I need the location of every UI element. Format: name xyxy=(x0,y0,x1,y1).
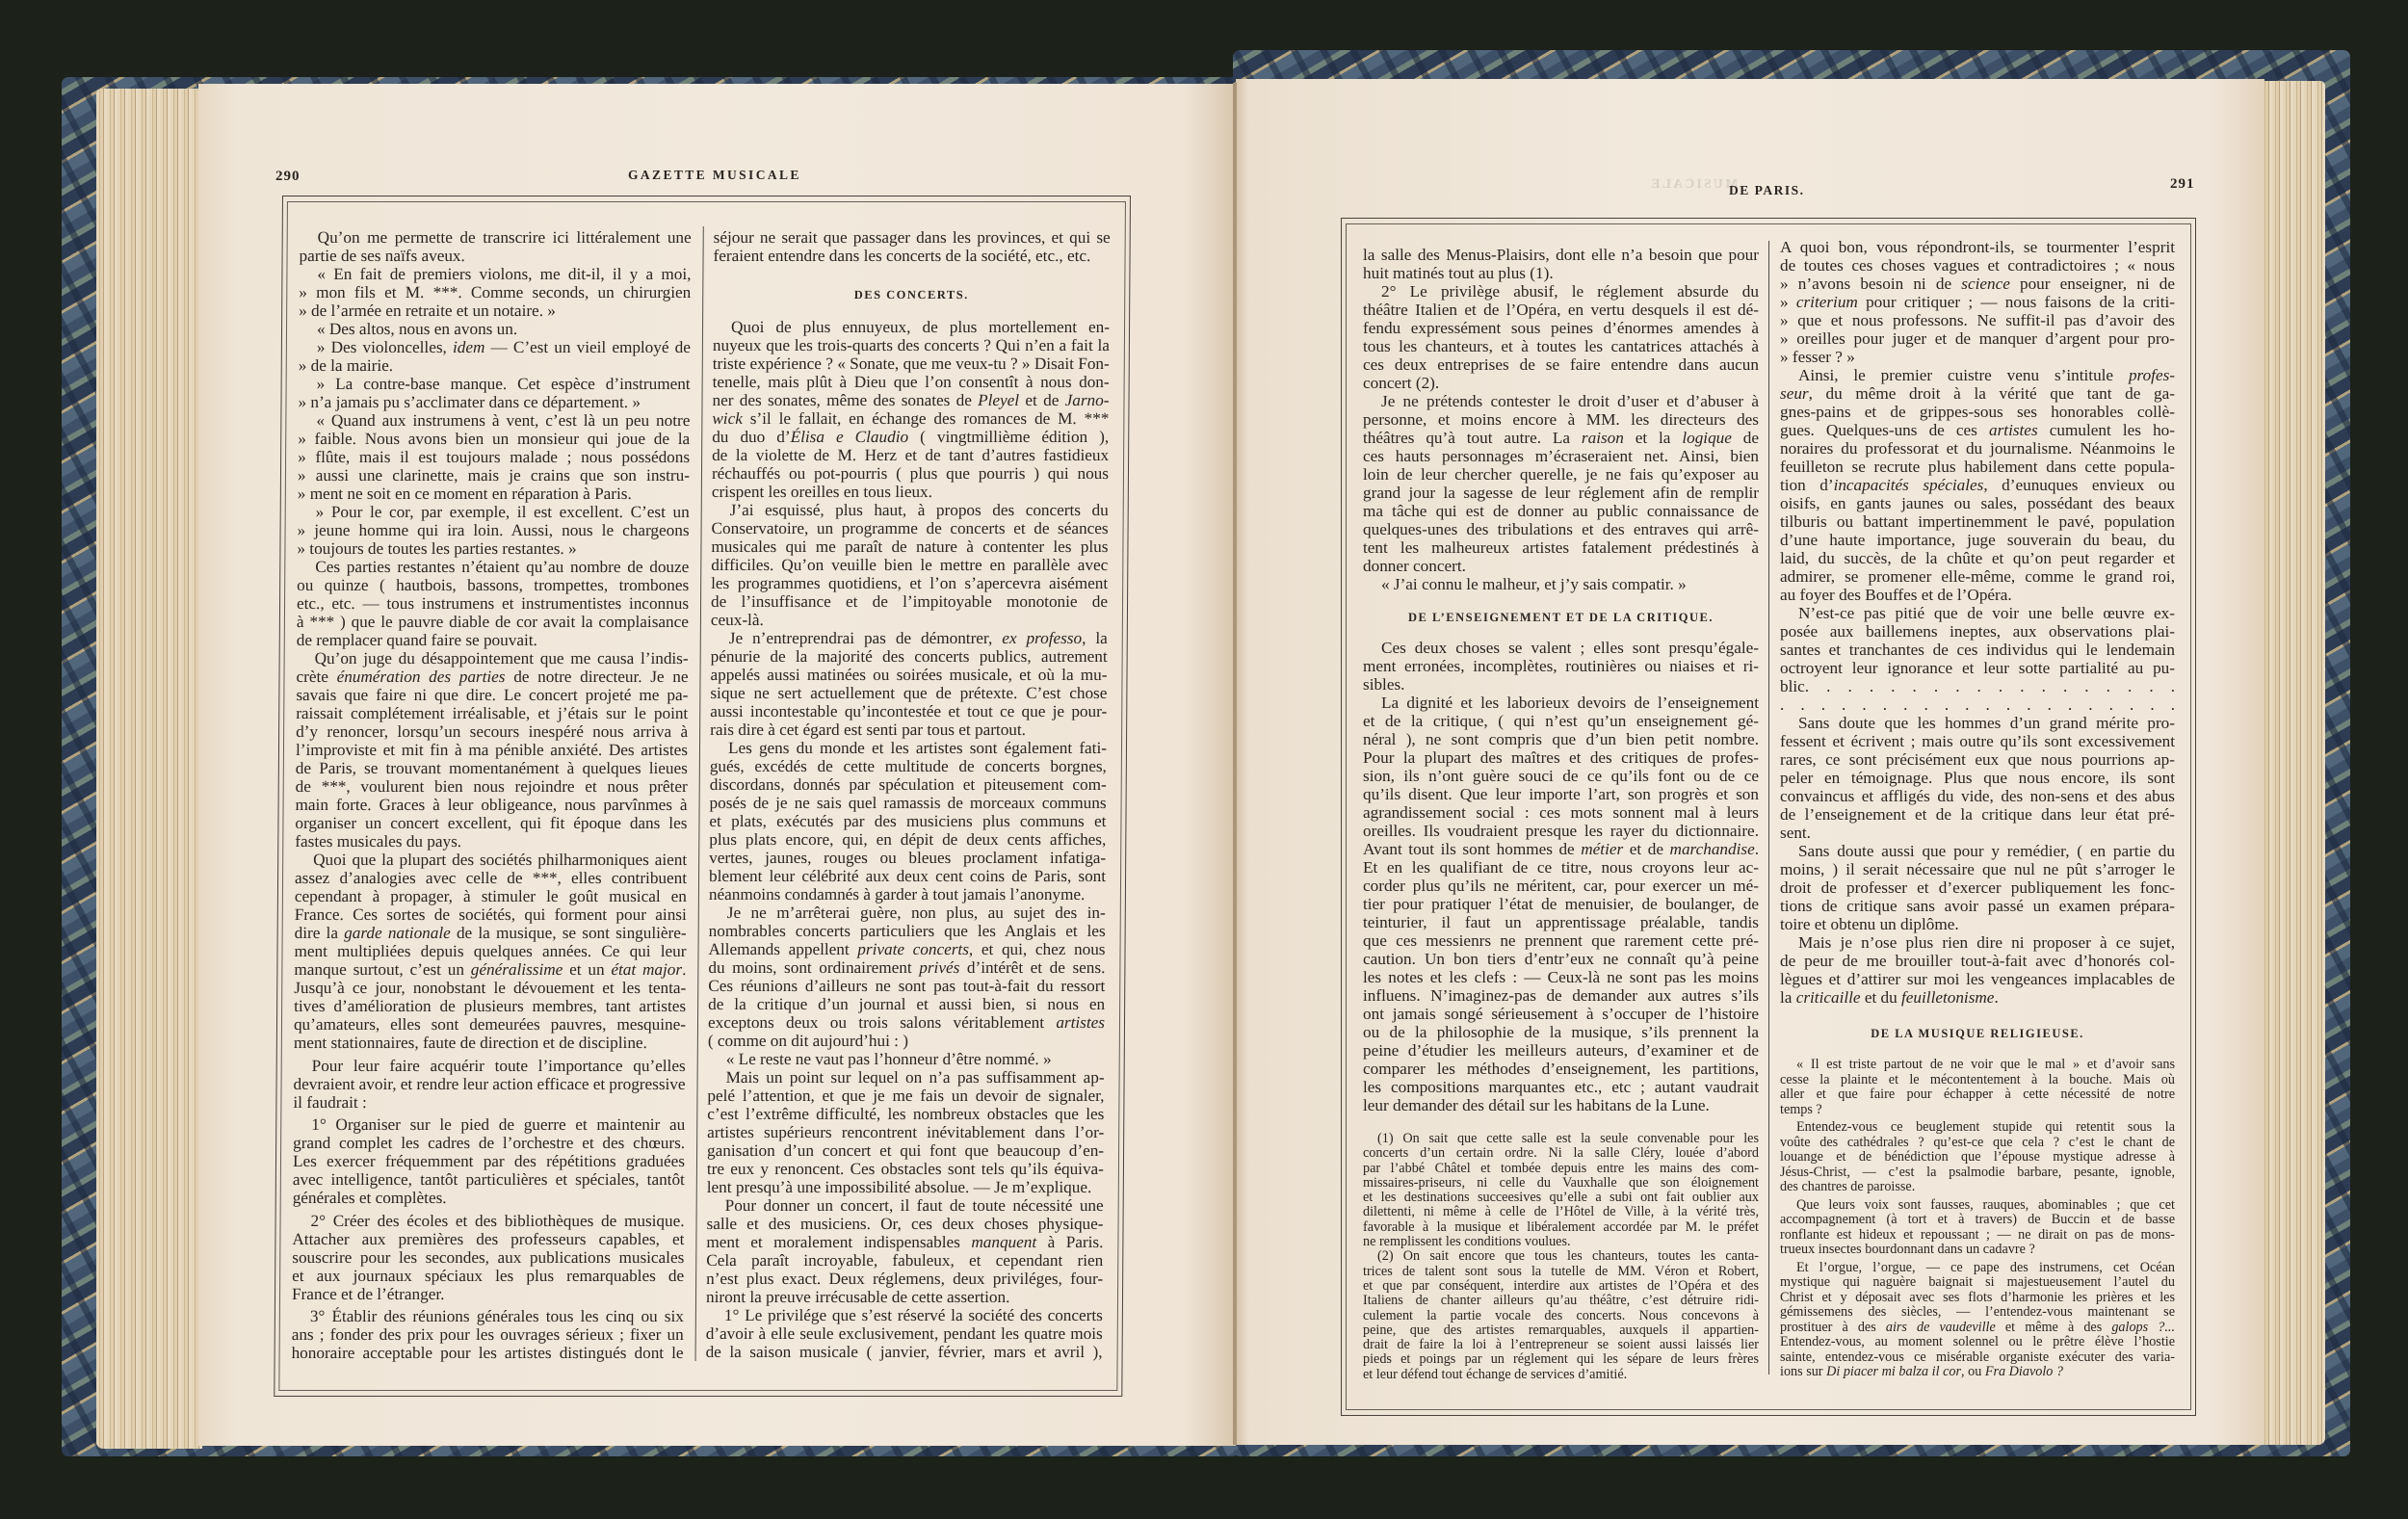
text-line: générales et complètes. xyxy=(293,1189,685,1207)
text-run: dire la xyxy=(295,924,345,942)
text-line: La dignité et les laborieux devoirs de l… xyxy=(1363,694,1759,712)
text-line: Pour leur faire acquérir toute l’importa… xyxy=(294,1057,686,1075)
text-line: main forte. Graces à leur obligeance, no… xyxy=(296,796,688,814)
text-line: nombrables concerts particuliers que les… xyxy=(709,922,1106,940)
text-line: prostituer à des airs de vaudeville et m… xyxy=(1780,1321,2175,1336)
footnotes: (1) On sait que cette salle est la seule… xyxy=(1363,1132,1759,1382)
text-run: pour enseigner, ni de xyxy=(2010,275,2175,293)
italic-text-run: private concerts xyxy=(857,940,969,958)
text-run: la xyxy=(1780,988,1796,1007)
footnote-line: trices de talent sont sous la tutelle de… xyxy=(1363,1265,1759,1279)
text-line: personne, et moins encore à MM. les dire… xyxy=(1363,410,1759,429)
show-through-text: MUSICALE xyxy=(1649,176,1738,192)
text-line: Ces réunions d’ailleurs ne sont pas tout… xyxy=(708,977,1105,995)
text-run: à Paris. xyxy=(1036,1233,1103,1251)
text-run: Avant tout ils sont hommes de xyxy=(1363,840,1581,858)
text-line: » faible. Nous avons bien un monsieur qu… xyxy=(298,430,690,448)
text-line: sibles. xyxy=(1363,675,1759,694)
italic-text-run: galops ?... xyxy=(2111,1320,2175,1335)
text-line: leur demander des détail sur les habitan… xyxy=(1363,1096,1759,1114)
text-run: — C’est un vieil employé de xyxy=(484,338,691,356)
text-line: ma tâche qui est de donner au public con… xyxy=(1363,502,1759,520)
text-run: Allemands appellent xyxy=(708,940,857,958)
text-line: triste expérience ? « Sonate, que me veu… xyxy=(713,354,1110,373)
text-line: ment multipliées depuis quelques années.… xyxy=(294,942,686,960)
section-heading: DE LA MUSIQUE RELIGIEUSE. xyxy=(1780,1007,2175,1058)
text-line: fendu expressément sous peines d’énormes… xyxy=(1363,319,1759,337)
text-line: Les exercer fréquemment par des répétiti… xyxy=(293,1152,685,1170)
text-line: raissait complétement irréalisable, et j… xyxy=(296,704,688,722)
text-line: avec intelligence, tantôt particulières … xyxy=(293,1170,685,1189)
text-line: ( comme on dit aujourd’hui : ) xyxy=(708,1032,1105,1050)
text-line: Les gens du monde et les artistes sont é… xyxy=(710,739,1107,757)
text-line: feuilleton se recrute plus habilement da… xyxy=(1780,458,2175,476)
text-line: de l’insuffisance et de l’impitoyable mo… xyxy=(711,592,1108,611)
text-line: la criticaille et du feuilletonisme. xyxy=(1780,988,2175,1007)
italic-text-run: Di piacer mi balza il cor xyxy=(1826,1364,1961,1379)
text-line: Entendez-vous ce beuglement stupide qui … xyxy=(1780,1120,2175,1136)
italic-text-run: privés xyxy=(919,958,959,977)
text-line: Jésus-Christ, — c’est la psalmodie barba… xyxy=(1780,1165,2175,1181)
italic-text-run: Jarno- xyxy=(1065,391,1110,409)
text-line: pelé l’attention, et que je me fais un d… xyxy=(707,1087,1104,1105)
text-line: trueux insectes bourdonnant dans un cada… xyxy=(1780,1243,2175,1258)
text-line: d’une haute importance, juge souverain d… xyxy=(1780,531,2175,549)
text-line: peine d’étudier les meilleurs auteurs, d… xyxy=(1363,1041,1759,1060)
text-line: tre eux y renoncent. Ces obstacles sont … xyxy=(707,1160,1104,1178)
text-line: lègues et d’attirer sur moi les vengeanc… xyxy=(1780,970,2175,988)
italic-text-run: seur xyxy=(1780,384,1809,403)
text-line: ceux-là. xyxy=(711,611,1108,629)
text-run: crète xyxy=(296,668,336,686)
text-line: ont jamais songé sérieusement à s’occupe… xyxy=(1363,1005,1759,1023)
text-line: mystique qui naguère baignait si majestu… xyxy=(1780,1275,2175,1291)
text-run: et un xyxy=(563,960,611,979)
text-run: Je n’entreprendrai pas de démontrer, xyxy=(729,629,1003,647)
text-line: tilburis ou battant impertinemment le pa… xyxy=(1780,512,2175,531)
text-line: » jeune homme qui ira loin. Aussi, nous … xyxy=(298,521,690,539)
text-line: partie de ses naïfs aveux. xyxy=(299,247,691,265)
text-line: Pour donner un concert, il faut de toute… xyxy=(707,1196,1104,1215)
text-line: « Des altos, nous en avons un. xyxy=(299,320,691,338)
text-line: » que et nous professons. Ne suffit-il p… xyxy=(1780,311,2175,329)
footnote-line: (2) On sait encore que tous les chanteur… xyxy=(1363,1249,1759,1264)
text-line: Qu’on juge du désappointement que me cau… xyxy=(297,649,689,668)
italic-text-run: artistes xyxy=(1056,1013,1105,1032)
text-run: . xyxy=(1994,988,1998,1007)
text-line: ganisation d’un concert et qui font que … xyxy=(707,1141,1104,1160)
text-line: Je n’entreprendrai pas de démontrer, ex … xyxy=(711,629,1108,647)
page-edges-left xyxy=(96,89,202,1449)
text-line: tions de critique sans avoir passé un ex… xyxy=(1780,897,2175,915)
text-line: 2° Créer des écoles et des bibliothèques… xyxy=(293,1212,685,1230)
text-line: de remplacer quand faire se pouvait. xyxy=(297,631,689,649)
footnote-line: pieds et poings par un réglement qui les… xyxy=(1363,1352,1759,1367)
text-line: de peur de me br​ouiller tout-à-fait ave… xyxy=(1780,952,2175,970)
text-line: oisifs, en gants jaunes ou sales, posséd… xyxy=(1780,494,2175,512)
text-frame-right: la salle des Menus-Plaisirs, dont elle n… xyxy=(1341,218,2196,1416)
text-line: » n’avons besoin ni de science pour ense… xyxy=(1780,275,2175,293)
text-line: les programmes quotidiens, et l’on s’ape… xyxy=(711,574,1108,592)
page-number: 291 xyxy=(2170,176,2195,192)
text-line: « En fait de premiers violons, me dit-il… xyxy=(299,265,691,283)
text-line: de la saison musicale ( janvier, février… xyxy=(706,1343,1103,1361)
text-line: » ment ne soit en ce moment en réparatio… xyxy=(298,485,690,503)
text-line: « Le reste ne vaut pas l’honneur d’être … xyxy=(708,1050,1105,1068)
religious-music-section: « Il est triste partout de ne voir que l… xyxy=(1780,1058,2175,1380)
text-line: ces hauts personnages m’écraseraient net… xyxy=(1363,447,1759,465)
text-line: d’avoir à elle seule exclusivement, pend… xyxy=(706,1324,1103,1343)
text-line: ans ; fonder des prix pour les ouvrages … xyxy=(292,1325,684,1344)
running-head: DE PARIS. xyxy=(1729,183,1805,198)
text-line: France. Ces sortes de sociétés, qui form… xyxy=(295,905,687,924)
text-line: fessent et écrivent ; mais outre qu’ils … xyxy=(1780,732,2175,750)
footnote-line: missaires-priseurs, ni celle du Vauxhall… xyxy=(1363,1176,1759,1191)
text-line: admirer, se promener elle-même, comme le… xyxy=(1780,567,2175,586)
text-line: assez d’analogies avec celle de ***, ell… xyxy=(295,869,687,887)
text-line: dire la garde nationale de la musique, s… xyxy=(295,924,687,942)
footnote-line: dilettenti, ni même à celle de l’Hôtel d… xyxy=(1363,1205,1759,1219)
footnote-line: peine, que des artistes remarquables, au… xyxy=(1363,1323,1759,1338)
text-line: gémissemens des siècles, — l’entendez-vo… xyxy=(1780,1305,2175,1321)
text-line: au foyer des Bouffes et de l’Opéra. xyxy=(1780,586,2175,604)
ellipsis-dots-line: . . . . . . . . . . . . . . . . . . . . xyxy=(1780,695,2175,714)
text-line: huit matinés tout au plus (1). xyxy=(1363,264,1759,282)
text-run: et de xyxy=(1623,840,1669,858)
text-line: la salle des Menus-Plaisirs, dont elle n… xyxy=(1363,246,1759,264)
text-line: plus plats encore, qui, en dépit de deux… xyxy=(709,830,1106,849)
text-line: ment erronées, incomplètes, routinières … xyxy=(1363,657,1759,675)
text-line: devraient avoir, et rendre leur action e… xyxy=(293,1075,685,1093)
text-line: les notes et les clefs : — Ceux-là ne so… xyxy=(1363,968,1759,986)
text-run: du duo d’ xyxy=(712,428,791,446)
text-line: de ***, voulurent bien nous rejoindre et… xyxy=(296,777,688,796)
section-heading: DES CONCERTS. xyxy=(713,265,1110,318)
text-line: tous les chanteurs, et à toutes les cant… xyxy=(1363,337,1759,355)
footnote-line: et que par conséquent, interdire aux art… xyxy=(1363,1279,1759,1294)
text-line: Pour la plupart des maîtres et des criti… xyxy=(1363,748,1759,767)
text-line: ment stationnaires, faute de direction e… xyxy=(294,1034,686,1052)
text-line: accompagnement (à tort et à travers) de … xyxy=(1780,1213,2175,1228)
text-line: gues. Quelques-uns de ces artistes cumul… xyxy=(1780,421,2175,439)
text-line: » criterium pour critiquer ; — nous fais… xyxy=(1780,293,2175,311)
text-run: exceptons deux ou trois salons véritable… xyxy=(708,1013,1057,1032)
text-run: manque surtout, c’est un xyxy=(294,960,471,979)
text-line: aller et que faire pour échapper à cette… xyxy=(1780,1087,2175,1103)
text-line: seur, du même droit à la vérité que tant… xyxy=(1780,384,2175,403)
text-line: Entendez-vous, au moment solennel ou le … xyxy=(1780,1335,2175,1350)
text-line: crète énumération des parties de notre d… xyxy=(296,668,688,686)
text-line: Cela paraît incroyable, fabuleux, et cep… xyxy=(706,1251,1103,1270)
text-line: laid, du succès, de la chûte et qu’on pe… xyxy=(1780,549,2175,567)
text-line: A quoi bon, vous répondront-ils, se tour… xyxy=(1780,238,2175,256)
text-line: niront la preuve irrécusable de cette as… xyxy=(706,1288,1103,1306)
text-line: manque surtout, c’est un généralissime e… xyxy=(294,960,686,979)
text-line: » n’a jamais pu s’acclimater dans ce dép… xyxy=(298,393,690,411)
text-line: 1° Le privilége que s’est réservé la soc… xyxy=(706,1306,1103,1324)
text-line: il faudrait : xyxy=(293,1093,685,1112)
text-line: gnes-pains et de grippes-sous ses honora… xyxy=(1780,403,2175,421)
text-line: discordans, donnés par spéculation et pi… xyxy=(710,775,1107,794)
text-column-1: la salle des Menus-Plaisirs, dont elle n… xyxy=(1363,246,1759,1382)
text-line: temps ? xyxy=(1780,1103,2175,1118)
text-line: Quoi de plus ennuyeux, de plus mortellem… xyxy=(713,318,1110,336)
text-column-2: séjour ne serait que passager dans les p… xyxy=(706,228,1111,1361)
text-line: N’est-ce pas pitié que de voir une belle… xyxy=(1780,604,2175,622)
text-line: Que leurs voix sont fausses, rauques, ab… xyxy=(1780,1198,2175,1214)
section-heading: DE L’ENSEIGNEMENT ET DE LA CRITIQUE. xyxy=(1363,593,1759,639)
text-line: France et de l’étranger. xyxy=(292,1285,684,1303)
text-run: et la xyxy=(1624,429,1682,447)
text-line: organiser un concert excellent, qui fit … xyxy=(295,814,687,832)
text-run: Ainsi, le premier cuistre venu s’intitul… xyxy=(1798,366,2129,384)
text-frame-left: Qu’on me permette de transcrire ici litt… xyxy=(274,196,1131,1397)
text-run: » n’avons besoin ni de xyxy=(1780,275,1961,293)
text-run: d’intérêt et de sens. xyxy=(959,958,1105,977)
footnote-line: ne remplissent les conditions voulues. xyxy=(1363,1235,1759,1249)
text-line: Ainsi, le premier cuistre venu s’intitul… xyxy=(1780,366,2175,384)
text-line: grand complet les cadres de l’orchestre … xyxy=(293,1134,685,1152)
text-line: Et l’orgue, l’orgue, — ce pape des instr… xyxy=(1780,1261,2175,1276)
text-line: donner concert. xyxy=(1363,557,1759,575)
text-line: tenelle, mais plût à Dieu que l’on conse… xyxy=(713,373,1110,391)
italic-text-run: idem xyxy=(453,338,485,356)
text-line: ronflante est hideux et repoussant ; — n… xyxy=(1780,1228,2175,1244)
italic-text-run: généralissime xyxy=(471,960,563,979)
text-line: du duo d’Élisa e Claudio ( vingtmillième… xyxy=(712,428,1109,446)
text-line: » Des violoncelles, idem — C’est un viei… xyxy=(299,338,691,356)
text-line: savais que faire ni que dire. Le concert… xyxy=(296,686,688,704)
italic-text-run: incapacités spéciales xyxy=(1834,476,1984,494)
footnote-line: par l’abbé Châtel et tombée depuis entre… xyxy=(1363,1162,1759,1176)
text-line: de la violette de M. Herz et de tant d’a… xyxy=(712,446,1109,464)
text-line: etc., etc. — tous instrumens et instrume… xyxy=(297,594,689,613)
text-line: santes et tranchantes de ces individus q… xyxy=(1780,641,2175,659)
text-line: difficiles. Qu’on veuille bien le mettre… xyxy=(711,556,1108,574)
footnote-line: et les destinations succeesives qu’elle … xyxy=(1363,1191,1759,1205)
italic-text-run: criticaille xyxy=(1796,988,1861,1007)
text-line: rais dire à cet égard est senti par tous… xyxy=(710,720,1107,739)
text-line: rares, ce sont précisément eux que nous … xyxy=(1780,750,2175,769)
text-line: sent. xyxy=(1780,824,2175,842)
text-line: posés de je ne sais quel ramassis de mor… xyxy=(710,794,1107,812)
page-number: 290 xyxy=(275,169,301,184)
text-run: et de xyxy=(1019,391,1065,409)
text-line: les compositions marquantes etc., etc ; … xyxy=(1363,1078,1759,1096)
text-line: théâtres qu’à tout autre. La raison et l… xyxy=(1363,429,1759,447)
text-line: aussi incontestable qu’incontestée et to… xyxy=(710,702,1107,720)
text-line: louange et de bénédiction que l’épouse m… xyxy=(1780,1150,2175,1165)
text-run: pour critiquer ; — nous faisons de la cr… xyxy=(1858,293,2175,311)
italic-text-run: état major xyxy=(611,960,682,979)
text-run: théâtres qu’à tout autre. La xyxy=(1363,429,1582,447)
italic-text-run: wick xyxy=(712,409,743,428)
text-line: Sans doute que les hommes d’un grand mér… xyxy=(1780,714,2175,732)
text-line: Mais un point sur lequel on n’a pas suff… xyxy=(708,1068,1105,1087)
text-line: et de la critique, ( qui n’est qu’un ens… xyxy=(1363,712,1759,730)
page-edges-right xyxy=(2262,81,2325,1445)
italic-text-run: ex professo xyxy=(1002,629,1082,647)
text-line: quelques-unes des tribulations et des en… xyxy=(1363,520,1759,538)
italic-text-run: Élisa e Claudio xyxy=(791,428,909,446)
text-line: droit de professer et d’exercer publique… xyxy=(1780,878,2175,897)
text-line: 3° Établir des réunions générales tous l… xyxy=(292,1307,684,1325)
text-line: Quoi que la plupart des sociétés philhar… xyxy=(295,851,687,869)
text-run: ions sur xyxy=(1780,1364,1826,1379)
text-line: Christ et y déposait avec ses flots d’ha… xyxy=(1780,1291,2175,1306)
italic-text-run: garde nationale xyxy=(344,924,451,942)
text-line: Ces parties restantes n’étaient qu’au no… xyxy=(297,558,689,576)
italic-text-run: marchandise xyxy=(1670,840,1755,858)
text-line: ment et moralement indispensables manque… xyxy=(706,1233,1103,1251)
text-run: » xyxy=(1780,293,1796,311)
italic-text-run: feuilletonisme xyxy=(1901,988,1994,1007)
text-line: souscrire pour les secondes, aux publica… xyxy=(292,1248,684,1267)
text-line: » de la mairie. xyxy=(299,356,691,375)
column-rule xyxy=(1768,241,1769,1375)
text-run: gues. Quelques-uns de ces xyxy=(1780,421,1989,439)
text-line: J’ai esquissé, plus haut, à propos des c… xyxy=(712,501,1109,519)
text-line: théâtre Italien et de l’Opéra, en vertu … xyxy=(1363,301,1759,319)
text-line: à *** ) que le pauvre diable de cor avai… xyxy=(297,613,689,631)
text-line: blement leur célébrité aux deux cent coi… xyxy=(709,867,1106,885)
text-line: qu’ils disent. Que leur importe l’art, s… xyxy=(1363,785,1759,803)
italic-text-run: airs de vaudeville xyxy=(1886,1320,1996,1335)
text-line: oreilles. Ils voudraient presque les ray… xyxy=(1363,822,1759,840)
text-line: crispent les oreilles en tous lieux. xyxy=(712,483,1109,501)
text-run: , ou xyxy=(1961,1364,1985,1379)
text-line: teinturier, il faut un apprentissage pré… xyxy=(1363,913,1759,931)
text-line: de la critique d’un journal et aussi bie… xyxy=(708,995,1105,1013)
text-line: posée aux baillemens ineptes, aux observ… xyxy=(1780,622,2175,641)
italic-text-run: artistes xyxy=(1989,421,2038,439)
text-line: » La contre-base manque. Cet espèce d’in… xyxy=(299,375,691,393)
text-run: et même à des xyxy=(1996,1320,2112,1335)
text-line: tion d’incapacités spéciales, d’eunuques… xyxy=(1780,476,2175,494)
text-run: cumulent les ho- xyxy=(2038,421,2175,439)
text-line: de l’enseignement et de la critique dans… xyxy=(1780,805,2175,824)
text-line: influens. N’imaginez-pas de demander aux… xyxy=(1363,986,1759,1005)
text-line: nuyeux que les trois-quarts des concerts… xyxy=(713,336,1110,354)
text-line: wick s’il le fallait, en échange des rom… xyxy=(712,409,1109,428)
text-run: , la xyxy=(1082,629,1108,647)
text-line: sion, ils n’ont guère souci de ce qu’ils… xyxy=(1363,767,1759,785)
text-line: cesse la plainte et le mécontentement à … xyxy=(1780,1073,2175,1088)
text-line: Sans doute aussi que pour y remédier, ( … xyxy=(1780,842,2175,860)
text-line: de Paris, se trouvant momentanément à qu… xyxy=(296,759,688,777)
footnote-line: Italiens de chanter ailleurs qu’au théât… xyxy=(1363,1294,1759,1308)
text-line: grand jour la sagesse de leur réglement … xyxy=(1363,484,1759,502)
text-line: d’y renoncer, lorsqu’un secours inespéré… xyxy=(296,722,688,741)
text-line: honoraire acceptable pour les artistes d… xyxy=(292,1344,684,1362)
italic-text-run: Fra Diavolo ? xyxy=(1985,1364,2063,1379)
text-line: lent presqu’à une impossibilité absolue.… xyxy=(707,1178,1104,1196)
text-run: » Des violoncelles, xyxy=(317,338,453,356)
text-run: ( vingtmillième édition ), xyxy=(908,428,1109,446)
text-line: gués, excédés de cette multitude de conc… xyxy=(710,757,1107,775)
book-gutter xyxy=(1233,83,1237,1445)
text-run: de notre directeur. Je ne xyxy=(505,668,688,686)
footnote-line: concerts d’un certain ordre. Ni la salle… xyxy=(1363,1146,1759,1161)
text-line: ou quinze ( hautbois, bassons, trompette… xyxy=(297,576,689,594)
italic-text-run: Pleyel xyxy=(978,391,1019,409)
text-line: » Pour le cor, par exemple, il est excel… xyxy=(298,503,690,521)
text-line: comparer les méthodes d’enseignement, le… xyxy=(1363,1060,1759,1078)
footnote-line: et leur défend tout échange de services … xyxy=(1363,1368,1759,1382)
text-line: Qu’on me permette de transcrire ici litt… xyxy=(300,228,692,247)
text-line: « Il est triste partout de ne voir que l… xyxy=(1780,1058,2175,1073)
text-line: moins, ) il serait nécessaire que nul ne… xyxy=(1780,860,2175,878)
text-line: Jusqu’à ce jour, nonobstant le dévouemen… xyxy=(294,979,686,997)
text-column-1: Qu’on me permette de transcrire ici litt… xyxy=(292,228,692,1362)
text-line: » oreilles pour juger et de manquer d’ar… xyxy=(1780,329,2175,348)
text-line: musicales qui me paraît de nature à cont… xyxy=(711,537,1108,556)
text-line: salle et des musiciens. Or, ces deux cho… xyxy=(706,1215,1103,1233)
text-line: » flûte, mais il est toujours malade ; n… xyxy=(298,448,690,466)
text-line: l’improviste et mit fin à ma pénible anx… xyxy=(296,741,688,759)
italic-text-run: profes- xyxy=(2129,366,2175,384)
text-line: « J’ai connu le malheur, et j’y sais com… xyxy=(1363,575,1759,593)
text-line: n’est plus exact. Deux réglemens, deux p… xyxy=(706,1270,1103,1288)
text-run: tion d’ xyxy=(1780,476,1834,494)
text-line: » toujours de toutes les parties restant… xyxy=(297,539,689,558)
text-line: du moins, sont ordinairement privés d’in… xyxy=(708,958,1105,977)
text-line: tent les malheureux artistes fatalement … xyxy=(1363,538,1759,557)
text-line: artistes supérieurs rencontrent inévitab… xyxy=(707,1123,1104,1141)
italic-text-run: raison xyxy=(1582,429,1624,447)
text-line: corder plus qu’ils ne méritent, car, pou… xyxy=(1363,877,1759,895)
text-run: , d’eunuques envieux ou xyxy=(1983,476,2175,494)
text-line: agrandissement social : ces mots sonnent… xyxy=(1363,803,1759,822)
footnote-line: drait de faire la loi à l’entrepreneur s… xyxy=(1363,1338,1759,1352)
text-line: feraient entendre dans les concerts de l… xyxy=(713,247,1110,265)
ellipsis-dots-line: blic. . . . . . . . . . . . . . . . . . xyxy=(1780,677,2175,695)
text-line: exceptons deux ou trois salons véritable… xyxy=(708,1013,1105,1032)
text-line: des chantres de paroisse. xyxy=(1780,1180,2175,1195)
italic-text-run: science xyxy=(1961,275,2010,293)
italic-text-run: manquent xyxy=(971,1233,1036,1251)
text-line: Conservatoire, un programme de concerts … xyxy=(712,519,1109,537)
text-run: , du même droit à la vérité que tant de … xyxy=(1809,384,2175,403)
text-run: de xyxy=(1732,429,1759,447)
text-run: . xyxy=(682,960,686,979)
text-run: du moins, sont ordinairement xyxy=(708,958,919,977)
text-line: 1° Organiser sur le pied de guerre et ma… xyxy=(293,1115,685,1134)
footnote-line: culement la partie vocale des concerts. … xyxy=(1363,1309,1759,1323)
text-line: voûte des cathédrales ? qu’est-ce que ce… xyxy=(1780,1136,2175,1151)
text-line: qu’amateurs, elles sont demeurées pauvre… xyxy=(294,1015,686,1034)
text-line: fastes musicales du pays. xyxy=(295,832,687,851)
text-run: . xyxy=(1755,840,1759,858)
italic-text-run: énumération des parties xyxy=(337,668,506,686)
text-line: réchauffés ou pot-pourris ( plus que pou… xyxy=(712,464,1109,483)
text-line: ions sur Di piacer mi balza il cor, ou F… xyxy=(1780,1365,2175,1380)
text-run: ment et moralement indispensables xyxy=(706,1233,971,1251)
text-line: Attacher aux premières des professeurs c… xyxy=(292,1230,684,1248)
footnote-line: favorable à la musique et libéralement a… xyxy=(1363,1220,1759,1235)
text-line: » aussi une clarinette, mais je crains q… xyxy=(298,466,690,485)
text-line: tives d’amélioration de plusieurs membre… xyxy=(294,997,686,1015)
text-line: ner des sonates, même des sonates de Ple… xyxy=(712,391,1109,409)
text-line: séjour ne serait que passager dans les p… xyxy=(714,228,1111,247)
text-line: convaincus et affligés du vide, des non-… xyxy=(1780,787,2175,805)
footnote-line: (1) On sait que cette salle est la seule… xyxy=(1363,1132,1759,1146)
text-line: » de l’armée en retraite et un notaire. … xyxy=(299,301,691,320)
text-run: et du xyxy=(1861,988,1901,1007)
text-line: Ces deux choses se valent ; elles sont p… xyxy=(1363,639,1759,657)
text-line: caution. Un bon tiers d’entr’eux ne conn… xyxy=(1363,950,1759,968)
text-line: octroyent leur ignorance et leur sotte p… xyxy=(1780,659,2175,677)
